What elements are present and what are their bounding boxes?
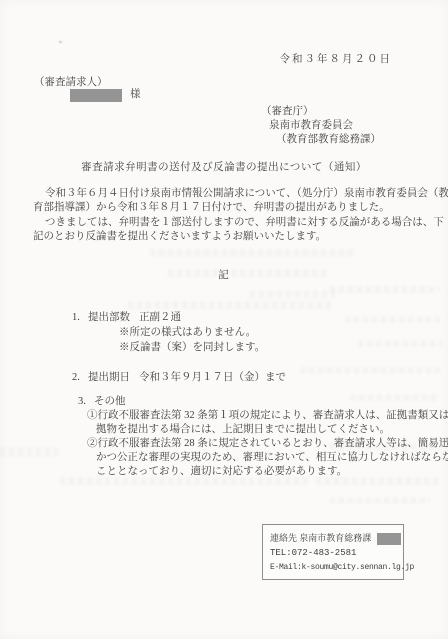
item2-number: 2. <box>72 372 80 384</box>
bleed-through-artifact <box>330 286 440 293</box>
bleed-through-artifact <box>300 367 440 374</box>
reviewing-agency-dept: （教育部教育総務課） <box>276 134 381 146</box>
contact-tel: TEL:072-483-2581 <box>270 548 356 558</box>
item3-label: その他 <box>94 396 126 408</box>
item2-value: 令和３年９月１７日（金）まで <box>139 372 286 384</box>
body-paragraph-line: つきましては、弁明書を１部送付しますので、弁明書に対する反論がある場合は、下 <box>45 217 444 229</box>
bleed-through-artifact <box>345 316 440 323</box>
item1-note: ※反論書（案）を同封します。 <box>119 342 265 354</box>
bleed-through-artifact <box>60 477 310 485</box>
item3-number: 3. <box>78 396 86 408</box>
recipient-honorific: 様 <box>130 89 141 101</box>
contact-box: 連絡先 泉南市教育総務課 TEL:072-483-2581 E-Mail:k-s… <box>262 524 404 580</box>
bleed-through-artifact <box>350 394 440 401</box>
body-paragraph-line: 育部指導課）から令和３年８月１７日付けで、弁明書の提出がありました。 <box>33 202 390 214</box>
body-paragraph-line: 記のとおり反論書を提出くださいますようお願いいたします。 <box>33 231 326 243</box>
other-note-line: ①行政不服審査法第 32 条第１項の規定により、審査請求人は、証拠書類又は証 <box>87 410 448 422</box>
contact-department: 連絡先 泉南市教育総務課 <box>270 531 401 545</box>
recipient-label: （審査請求人） <box>34 77 108 89</box>
bleed-through-artifact <box>250 290 335 298</box>
recipient-name-redaction <box>70 89 122 102</box>
item1-value: 正副２通 <box>139 312 181 324</box>
bleed-through-artifact <box>316 477 441 485</box>
contact-name-redaction <box>377 533 401 545</box>
scan-speck <box>59 41 62 43</box>
bleed-through-artifact <box>358 340 443 347</box>
item2-label: 提出期日 <box>88 372 130 384</box>
other-note-line: 拠物を提出する場合には、上記期日までに提出してください。 <box>96 424 390 436</box>
document-date: 令和３年８月２０日 <box>280 54 393 66</box>
document-title: 審査請求弁明書の送付及び反論書の提出について（通知） <box>0 162 448 174</box>
ki-marker: 記 <box>0 270 448 282</box>
other-note-line: ②行政不服審査法第 28 条に規定されているとおり、審査請求人等は、簡易迅速 <box>87 438 448 450</box>
item1-number: 1. <box>72 312 80 324</box>
other-note-line: かつ公正な審理の実現のため、審理において、相互に協力しなければならない <box>96 452 448 464</box>
bleed-through-artifact <box>128 301 333 309</box>
item1-label: 提出部数 <box>88 312 130 324</box>
scanned-document-page: 令和３年８月２０日 （審査請求人） 様 （審査庁） 泉南市教育委員会 （教育部教… <box>0 0 448 639</box>
item1-note: ※所定の様式はありません。 <box>119 327 256 339</box>
contact-department-text: 連絡先 泉南市教育総務課 <box>270 533 371 543</box>
bleed-through-artifact <box>330 497 430 504</box>
bleed-through-artifact <box>0 447 58 457</box>
bleed-through-artifact <box>150 249 355 257</box>
contact-email: E-Mail:k-soumu@city.sennan.lg.jp <box>270 563 414 572</box>
other-note-line: こととなっており、適切に対応する必要があります。 <box>96 466 347 478</box>
reviewing-agency-label: （審査庁） <box>261 106 314 118</box>
body-paragraph-line: 令和３年６月４日付け泉南市情報公開請求について、（処分庁）泉南市教育委員会（教 <box>45 188 448 200</box>
reviewing-agency-name: 泉南市教育委員会 <box>269 120 353 132</box>
